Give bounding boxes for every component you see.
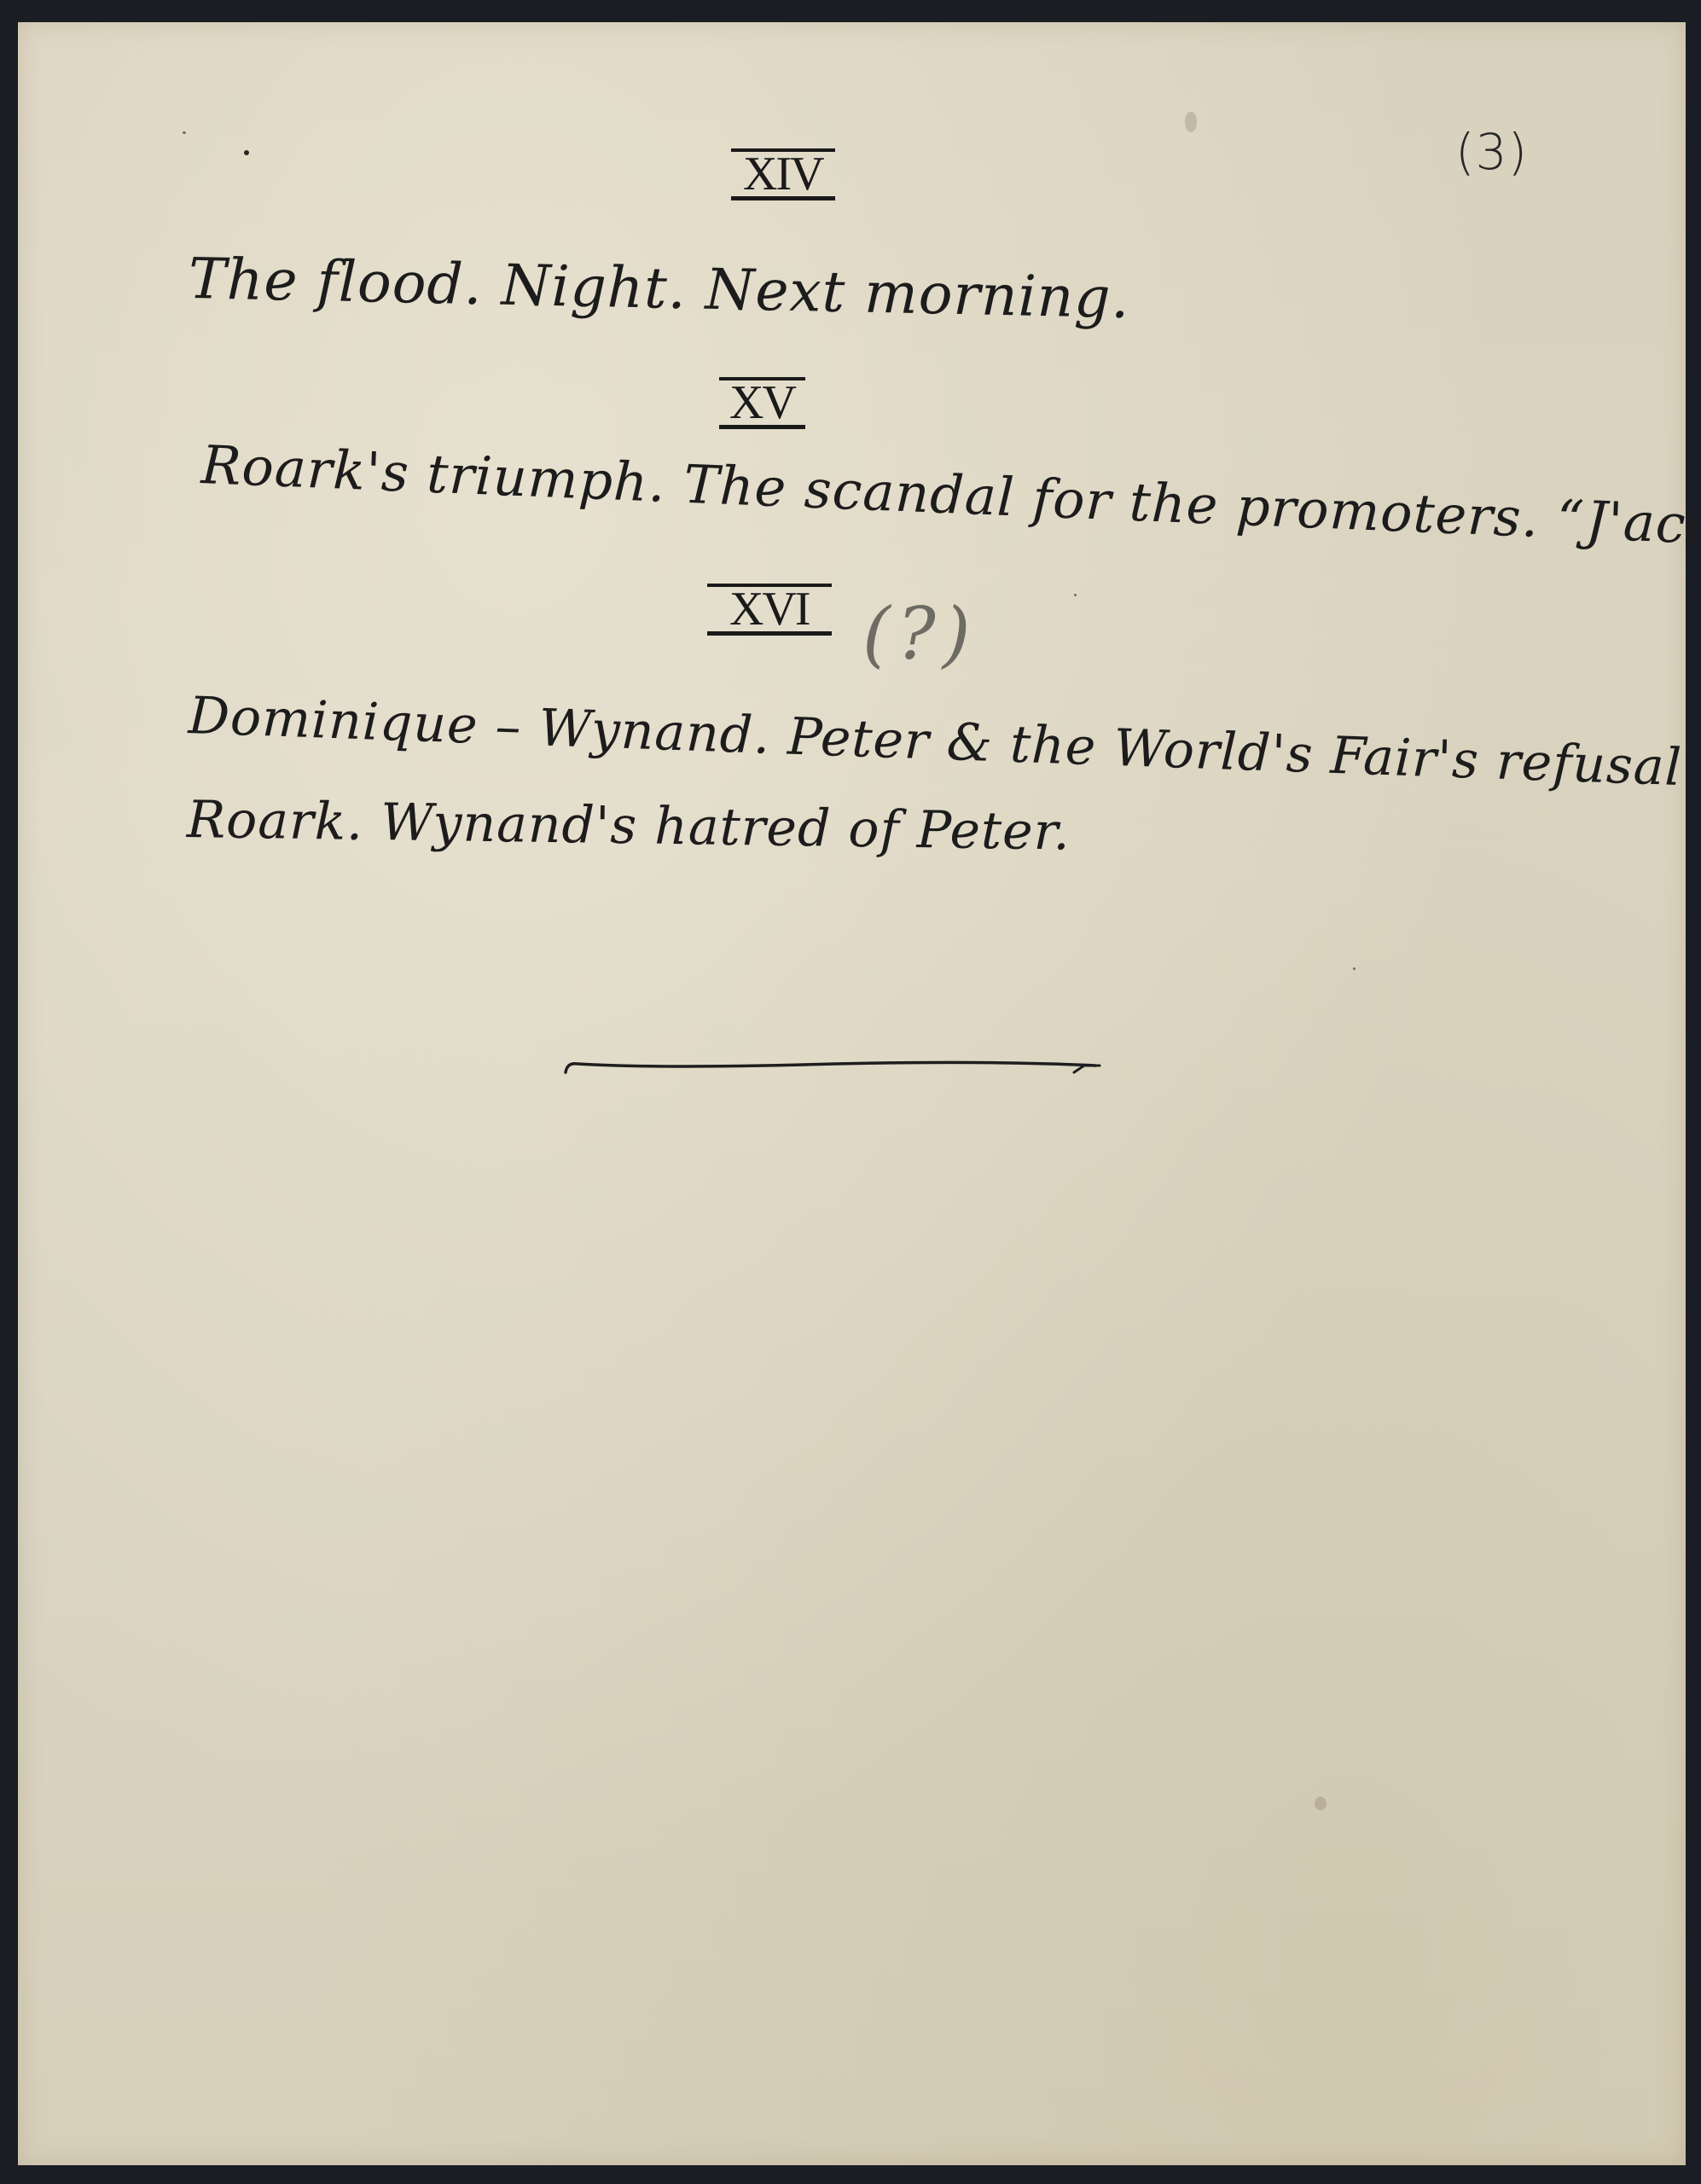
ink-speck (1074, 594, 1077, 596)
closing-rule (562, 1059, 1108, 1076)
chapter-numeral-xvi: XVI (707, 584, 832, 636)
pencil-question-annotation: (?) (862, 592, 978, 676)
chapter-numeral-xv: XV (719, 377, 805, 429)
ink-speck (183, 131, 186, 134)
paper-stain (1185, 112, 1197, 132)
chapter-xvi-text-line-2: Roark. Wynand's hatred of Peter. (187, 790, 1071, 862)
page-number: (3) (1455, 123, 1528, 181)
ink-speck (244, 150, 249, 155)
paper-stain (1315, 1797, 1327, 1810)
chapter-xiv-text: The flood. Night. Next morning. (188, 246, 1130, 331)
chapter-numeral-xiv: XIV (731, 148, 835, 200)
chapter-xv-text: Roark's triumph. The scandal for the pro… (200, 433, 1701, 562)
ink-speck (1353, 967, 1356, 970)
chapter-xvi-text-line-1: Dominique – Wynand. Peter & the World's … (188, 686, 1701, 805)
manuscript-page: (3) XIV The flood. Night. Next morning. … (18, 22, 1686, 2165)
